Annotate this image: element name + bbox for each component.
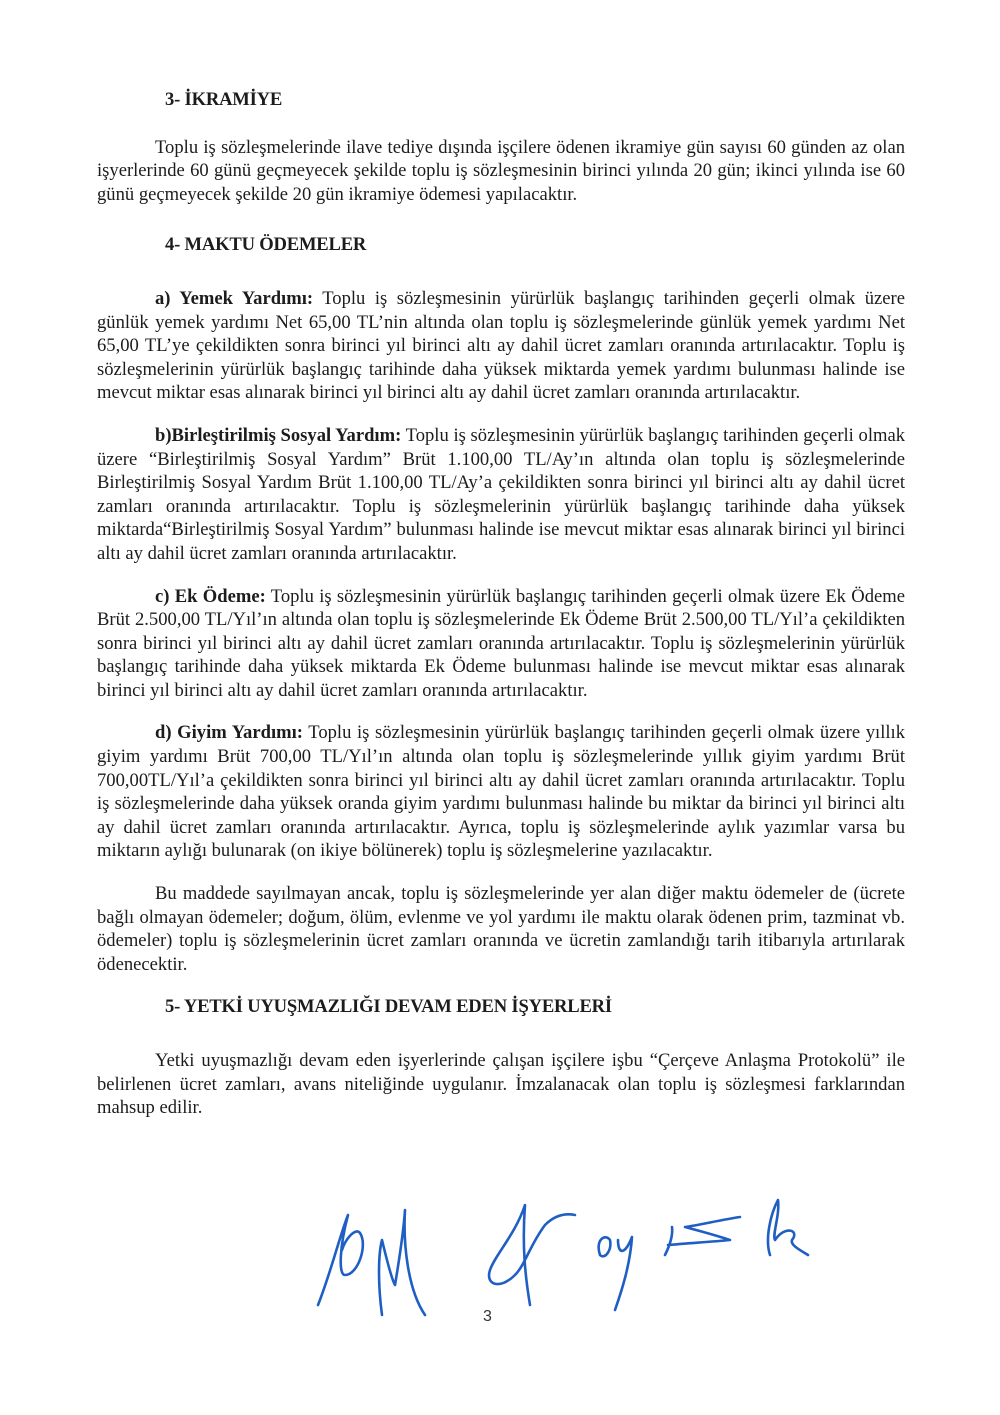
paragraph-maktu-closing: Bu maddede sayılmayan ancak, toplu iş sö… (97, 882, 905, 976)
signatures (300, 1195, 860, 1335)
paragraph-ek-odeme: c) Ek Ödeme: Toplu iş sözleşmesinin yürü… (97, 585, 905, 703)
label-giyim-yardimi: d) Giyim Yardımı: (155, 722, 303, 743)
heading-yetki-uyusmazligi: 5- YETKİ UYUŞMAZLIĞI DEVAM EDEN İŞYERLER… (165, 995, 905, 1019)
paragraph-yemek-yardimi: a) Yemek Yardımı: Toplu iş sözleşmesinin… (97, 287, 905, 405)
document-page: 3- İKRAMİYE Toplu iş sözleşmelerinde ila… (97, 88, 905, 1120)
paragraph-giyim-yardimi: d) Giyim Yardımı: Toplu iş sözleşmesinin… (97, 721, 905, 863)
signature-6 (768, 1200, 808, 1255)
heading-ikramiye: 3- İKRAMİYE (165, 88, 905, 112)
signature-2 (379, 1210, 425, 1315)
signature-1 (318, 1215, 363, 1305)
paragraph-yetki-uyusmazligi: Yetki uyuşmazlığı devam eden işyerlerind… (97, 1049, 905, 1120)
label-ek-odeme: c) Ek Ödeme: (155, 586, 266, 607)
page-number: 3 (483, 1308, 492, 1326)
signature-5 (665, 1217, 740, 1255)
heading-maktu-odemeler: 4- MAKTU ÖDEMELER (165, 233, 905, 257)
paragraph-ikramiye: Toplu iş sözleşmelerinde ilave tediye dı… (97, 136, 905, 207)
signature-4 (599, 1237, 632, 1310)
label-birlestirilmis-sosyal-yardim: b)Birleştirilmiş Sosyal Yardım: (155, 425, 401, 446)
label-yemek-yardimi: a) Yemek Yardımı: (155, 288, 313, 309)
signature-3 (489, 1205, 575, 1305)
paragraph-birlestirilmis-sosyal-yardim: b)Birleştirilmiş Sosyal Yardım: Toplu iş… (97, 424, 905, 566)
